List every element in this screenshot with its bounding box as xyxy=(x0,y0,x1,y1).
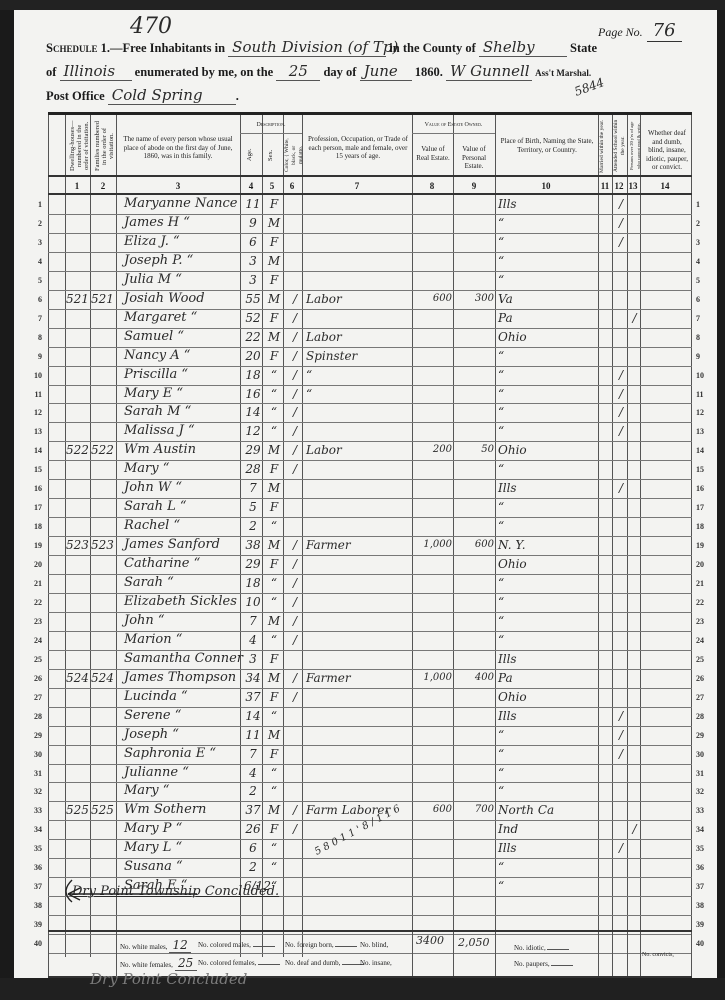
cell-name: Wm Austin xyxy=(124,443,240,457)
cell-birth: Pa xyxy=(498,671,596,685)
col14-header: Whether deaf and dumb, blind, insane, id… xyxy=(644,129,690,172)
line-number: 3 xyxy=(28,238,42,247)
col8-header: Value of Real Estate. xyxy=(414,145,452,162)
col-line xyxy=(453,932,454,976)
cell-name: John W “ xyxy=(124,481,240,495)
cell-birth: “ xyxy=(498,860,596,874)
cell-age: 18 xyxy=(244,368,262,382)
cell-sex: F xyxy=(265,557,283,571)
estate-header: Value of Estate Owned. xyxy=(412,121,495,130)
cell-age: 6 xyxy=(244,235,262,249)
cell-birth: “ xyxy=(498,633,596,647)
col13-header: Persons over 20 y'rs of age who cannot r… xyxy=(628,119,640,173)
col-line xyxy=(640,932,641,976)
paupers-total: No. paupers, xyxy=(514,960,573,968)
colored-males-total: No. colored males, xyxy=(198,941,275,949)
cell-school: / xyxy=(615,216,627,230)
colored-females-total: No. colored females, xyxy=(198,959,280,967)
cell-color: / xyxy=(288,614,302,628)
cell-name: Eliza J. “ xyxy=(124,235,240,249)
cell-birth: “ xyxy=(498,576,596,590)
line-number-right: 11 xyxy=(696,390,716,399)
cell-name: Wm Sothern xyxy=(124,803,240,817)
cell-sex: F xyxy=(265,349,283,363)
line-number-right: 28 xyxy=(696,712,716,721)
cell-birth: “ xyxy=(498,595,596,609)
cell-name: Elizabeth Sickles xyxy=(124,595,240,609)
cell-sex: M xyxy=(265,614,283,628)
cell-birth: “ xyxy=(498,784,596,798)
cell-age: 6 xyxy=(244,841,262,855)
cell-real: 200 xyxy=(418,443,452,457)
cell-personal: 50 xyxy=(458,443,494,457)
cell-color: / xyxy=(288,557,302,571)
cell-real: 600 xyxy=(418,292,452,306)
line-number: 6 xyxy=(28,295,42,304)
cell-age: 4 xyxy=(244,766,262,780)
col1-header: Dwelling-houses—numbered in the order of… xyxy=(69,119,89,173)
cell-birth: Ills xyxy=(498,481,596,495)
line-number-right: 25 xyxy=(696,655,716,664)
column-number: 8 xyxy=(422,181,442,191)
cell-personal: 400 xyxy=(458,671,494,685)
line-number: 7 xyxy=(28,314,42,323)
cell-birth: Ohio xyxy=(498,330,596,344)
col-line xyxy=(691,932,692,976)
cell-age: 14 xyxy=(244,405,262,419)
estate-divider xyxy=(412,133,495,134)
cell-color: / xyxy=(288,671,302,685)
cell-sex: F xyxy=(265,822,283,836)
column-number: 4 xyxy=(241,181,261,191)
line-number-right: 5 xyxy=(696,276,716,285)
cell-name: Mary E “ xyxy=(124,387,240,401)
cell-age: 37 xyxy=(244,690,262,704)
cell-sex: M xyxy=(265,481,283,495)
cell-occupation: Spinster xyxy=(306,349,410,363)
line-number: 15 xyxy=(28,465,42,474)
line-number: 1 xyxy=(28,200,42,209)
description-divider xyxy=(240,133,302,134)
col7-header: Profession, Occupation, or Trade of each… xyxy=(306,135,410,161)
day-field: 25 xyxy=(276,62,320,81)
cell-name: Sarah M “ xyxy=(124,405,240,419)
census-table: Dwelling-houses—numbered in the order of… xyxy=(48,112,692,957)
cell-occupation: Farmer xyxy=(306,671,410,685)
column-number: 10 xyxy=(536,181,556,191)
line-number: 37 xyxy=(28,882,42,891)
cell-birth: “ xyxy=(498,747,596,761)
cell-sex: “ xyxy=(265,766,283,780)
line-number: 28 xyxy=(28,712,42,721)
schedule-line: Schedule 1.—Free Inhabitants in South Di… xyxy=(46,38,597,57)
cell-color: / xyxy=(288,538,302,552)
cell-name: Catharine “ xyxy=(124,557,240,571)
cell-name: Sarah “ xyxy=(124,576,240,590)
line-number: 32 xyxy=(28,787,42,796)
county-field: Shelby xyxy=(479,38,567,57)
cell-name: Rachel “ xyxy=(124,519,240,533)
cell-color: / xyxy=(288,690,302,704)
cell-dwelling: 521 xyxy=(66,292,90,306)
cell-age: 2 xyxy=(244,784,262,798)
cell-school: / xyxy=(615,235,627,249)
cell-birth: “ xyxy=(498,614,596,628)
scan-border-bottom: Dry Point Concluded xyxy=(0,978,725,1000)
cell-name: James Sanford xyxy=(124,538,240,552)
line-number: 36 xyxy=(28,863,42,872)
cell-family: 521 xyxy=(91,292,116,306)
row-line xyxy=(48,915,692,916)
cell-birth: “ xyxy=(498,405,596,419)
cell-family: 524 xyxy=(91,671,116,685)
line-number-right: 2 xyxy=(696,219,716,228)
col-line xyxy=(495,932,496,976)
cell-school: / xyxy=(615,387,627,401)
column-number: 3 xyxy=(168,181,188,191)
cell-dwelling: 524 xyxy=(66,671,90,685)
cell-sex: “ xyxy=(265,595,283,609)
cell-age: 37 xyxy=(244,803,262,817)
line-number-right: 36 xyxy=(696,863,716,872)
cell-school: / xyxy=(615,368,627,382)
line-number-right: 17 xyxy=(696,503,716,512)
cell-illit: / xyxy=(629,822,640,836)
sheet-number: 470 xyxy=(130,14,172,39)
cell-sex: F xyxy=(265,462,283,476)
line-number: 2 xyxy=(28,219,42,228)
cell-family: 523 xyxy=(91,538,116,552)
cell-color: / xyxy=(288,424,302,438)
column-number: 14 xyxy=(655,181,675,191)
cell-color: / xyxy=(288,443,302,457)
cell-personal: 600 xyxy=(458,538,494,552)
cell-color: / xyxy=(288,292,302,306)
line-number-right: 6 xyxy=(696,295,716,304)
cell-family: 525 xyxy=(91,803,116,817)
cell-age: 34 xyxy=(244,671,262,685)
line-number: 39 xyxy=(28,920,42,929)
col-line xyxy=(627,932,628,976)
cell-name: Margaret “ xyxy=(124,311,240,325)
cell-name: Mary P “ xyxy=(124,822,240,836)
cell-age: 16 xyxy=(244,387,262,401)
cell-birth: “ xyxy=(498,273,596,287)
cell-age: 26 xyxy=(244,822,262,836)
cell-sex: M xyxy=(265,254,283,268)
description-header: Description. xyxy=(240,121,302,130)
cell-age: 4 xyxy=(244,633,262,647)
cell-age: 52 xyxy=(244,311,262,325)
enumeration-line: of Illinois enumerated by me, on the 25 … xyxy=(46,62,591,81)
line-number: 21 xyxy=(28,579,42,588)
line-number-right: 9 xyxy=(696,352,716,361)
cell-birth: “ xyxy=(498,462,596,476)
cell-name: Julia M “ xyxy=(124,273,240,287)
line-number-right: 24 xyxy=(696,636,716,645)
col9-header: Value of Personal Estate. xyxy=(455,145,493,171)
cell-sex: F xyxy=(265,690,283,704)
cell-real: 600 xyxy=(418,803,452,817)
line-number-right: 7 xyxy=(696,314,716,323)
cell-color: / xyxy=(288,576,302,590)
cell-dwelling: 523 xyxy=(66,538,90,552)
cell-real: 1,000 xyxy=(418,538,452,552)
line-number-right: 3 xyxy=(696,238,716,247)
line-number: 24 xyxy=(28,636,42,645)
cell-name: Sarah L “ xyxy=(124,500,240,514)
line-number-right: 33 xyxy=(696,806,716,815)
col-line xyxy=(412,932,413,976)
line-number-right: 15 xyxy=(696,465,716,474)
real-estate-total: 3400 xyxy=(416,934,444,947)
cell-age: 29 xyxy=(244,557,262,571)
cell-sex: “ xyxy=(265,424,283,438)
line-number-right: 19 xyxy=(696,541,716,550)
cell-name: Mary “ xyxy=(124,784,240,798)
line-number: 16 xyxy=(28,484,42,493)
foreign-born-total: No. foreign born, xyxy=(285,941,357,949)
line-number: 17 xyxy=(28,503,42,512)
line-number-right: 1 xyxy=(696,200,716,209)
cell-birth: “ xyxy=(498,235,596,249)
cell-school: / xyxy=(615,747,627,761)
cell-name: Susana “ xyxy=(124,860,240,874)
cell-birth: Ohio xyxy=(498,443,596,457)
cell-sex: “ xyxy=(265,709,283,723)
col-line xyxy=(598,932,599,976)
line-number: 20 xyxy=(28,560,42,569)
cell-name: Malissa J “ xyxy=(124,424,240,438)
cell-name: Julianne “ xyxy=(124,766,240,780)
column-number: 5 xyxy=(262,181,282,191)
line-number-right: 23 xyxy=(696,617,716,626)
column-number: 1 xyxy=(67,181,87,191)
cell-age: 29 xyxy=(244,443,262,457)
cell-color: / xyxy=(288,405,302,419)
cell-school: / xyxy=(615,405,627,419)
cell-name: John “ xyxy=(124,614,240,628)
line-number-right: 31 xyxy=(696,769,716,778)
cell-school: / xyxy=(615,709,627,723)
line-number: 23 xyxy=(28,617,42,626)
line-number-right: 39 xyxy=(696,920,716,929)
cell-sex: “ xyxy=(265,519,283,533)
line-number-right: 35 xyxy=(696,844,716,853)
cell-age: 11 xyxy=(244,197,262,211)
line-number: 11 xyxy=(28,390,42,399)
cell-sex: F xyxy=(265,652,283,666)
cell-birth: North Ca xyxy=(498,803,596,817)
cell-age: 38 xyxy=(244,538,262,552)
column-number: 6 xyxy=(282,181,302,191)
colnum-divider xyxy=(48,193,692,195)
cell-color: / xyxy=(288,462,302,476)
cell-school: / xyxy=(615,841,627,855)
cell-school: / xyxy=(615,424,627,438)
cell-name: Maryanne Nance xyxy=(124,197,240,211)
cell-color: / xyxy=(288,633,302,647)
column-number: 7 xyxy=(347,181,367,191)
division-field: South Division (of Tp) xyxy=(228,38,386,57)
cell-sex: “ xyxy=(265,841,283,855)
cell-color: / xyxy=(288,822,302,836)
post-office-field: Cold Spring xyxy=(108,86,236,105)
cell-birth: “ xyxy=(498,368,596,382)
blind-total: No. blind, xyxy=(360,941,388,949)
cell-occupation: Labor xyxy=(306,443,410,457)
cell-sex: M xyxy=(265,538,283,552)
cell-sex: “ xyxy=(265,784,283,798)
cell-sex: “ xyxy=(265,860,283,874)
cell-sex: F xyxy=(265,197,283,211)
cell-name: Joseph P. “ xyxy=(124,254,240,268)
cell-name: Marion “ xyxy=(124,633,240,647)
deaf-dumb-total: No. deaf and dumb, xyxy=(285,959,364,967)
cell-age: 12 xyxy=(244,424,262,438)
cell-illit: / xyxy=(629,311,640,325)
line-number: 8 xyxy=(28,333,42,342)
col2-header: Families numbered in the order of visita… xyxy=(94,119,114,173)
cell-birth: Ills xyxy=(498,841,596,855)
cell-occupation: Farmer xyxy=(306,538,410,552)
header-divider xyxy=(48,175,692,177)
line-number-right: 30 xyxy=(696,750,716,759)
cell-age: 7 xyxy=(244,614,262,628)
cell-birth: “ xyxy=(498,349,596,363)
line-number-right: 29 xyxy=(696,731,716,740)
scan-border-top xyxy=(0,0,725,10)
cell-color: / xyxy=(288,330,302,344)
col5-header: Sex. xyxy=(267,137,279,173)
column-number: 13 xyxy=(623,181,643,191)
cell-name: Saphronia E “ xyxy=(124,747,240,761)
line-number: 4 xyxy=(28,257,42,266)
cell-age: 2 xyxy=(244,519,262,533)
cell-color: / xyxy=(288,311,302,325)
line-number-right: 4 xyxy=(696,257,716,266)
cell-birth: Ills xyxy=(498,709,596,723)
cell-school: / xyxy=(615,728,627,742)
cell-age: 7 xyxy=(244,481,262,495)
cell-sex: “ xyxy=(265,368,283,382)
cell-birth: “ xyxy=(498,728,596,742)
page-number: Page No.76 xyxy=(598,20,682,41)
col12-header: Attended School within the year. xyxy=(613,119,626,173)
cell-name: Samuel “ xyxy=(124,330,240,344)
cell-occupation: Labor xyxy=(306,292,410,306)
column-number: 9 xyxy=(464,181,484,191)
cell-birth: Ills xyxy=(498,197,596,211)
line-number-right: 26 xyxy=(696,674,716,683)
line-number-right: 32 xyxy=(696,787,716,796)
line-number-right: 14 xyxy=(696,446,716,455)
convicts-total: No. convicts, xyxy=(642,952,674,958)
cell-dwelling: 522 xyxy=(66,443,90,457)
col6-header: Color, { White, black, or mulatto. xyxy=(284,137,302,173)
cell-name: Mary L “ xyxy=(124,841,240,855)
line-number: 27 xyxy=(28,693,42,702)
line-number: 14 xyxy=(28,446,42,455)
cell-birth: “ xyxy=(498,387,596,401)
cell-name: Mary “ xyxy=(124,462,240,476)
cell-age: 9 xyxy=(244,216,262,230)
line-number: 33 xyxy=(28,806,42,815)
cell-sex: “ xyxy=(265,633,283,647)
cell-color: / xyxy=(288,595,302,609)
cell-age: 7 xyxy=(244,747,262,761)
line-number-right: 22 xyxy=(696,598,716,607)
cell-age: 3 xyxy=(244,652,262,666)
col3-header: The name of every person whose usual pla… xyxy=(120,135,236,161)
arrow-left-icon xyxy=(62,878,202,904)
marshal-signature: W Gunnell xyxy=(446,62,532,81)
cell-real: 1,000 xyxy=(418,671,452,685)
col11-header: Married within the year. xyxy=(599,119,611,173)
cell-age: 28 xyxy=(244,462,262,476)
line-number-right: 34 xyxy=(696,825,716,834)
line-number-right: 38 xyxy=(696,901,716,910)
cell-age: 22 xyxy=(244,330,262,344)
line-number-right: 21 xyxy=(696,579,716,588)
line-number: 34 xyxy=(28,825,42,834)
col4-header: Age. xyxy=(246,137,258,173)
cell-occupation: Labor xyxy=(306,330,410,344)
cell-school: / xyxy=(615,197,627,211)
line-number-right: 13 xyxy=(696,427,716,436)
cell-color: / xyxy=(288,803,302,817)
line-number: 13 xyxy=(28,427,42,436)
post-office-line: Post Office Cold Spring. xyxy=(46,86,239,105)
cell-name: Nancy A “ xyxy=(124,349,240,363)
cell-sex: “ xyxy=(265,576,283,590)
cell-sex: F xyxy=(265,273,283,287)
column-number: 2 xyxy=(93,181,113,191)
line-number-right: 40 xyxy=(696,939,716,948)
cell-color: / xyxy=(288,368,302,382)
cell-birth: Va xyxy=(498,292,596,306)
line-number: 19 xyxy=(28,541,42,550)
cell-age: 2 xyxy=(244,860,262,874)
cell-sex: M xyxy=(265,803,283,817)
cell-age: 3 xyxy=(244,273,262,287)
line-number: 31 xyxy=(28,769,42,778)
cell-name: Josiah Wood xyxy=(124,292,240,306)
cell-sex: F xyxy=(265,235,283,249)
cell-sex: “ xyxy=(265,405,283,419)
line-number: 40 xyxy=(28,939,42,948)
cell-name: James Thompson xyxy=(124,671,240,685)
line-number: 30 xyxy=(28,750,42,759)
insane-total: No. insane, xyxy=(360,959,392,967)
cell-name: Priscilla “ xyxy=(124,368,240,382)
line-number-right: 10 xyxy=(696,371,716,380)
line-number: 35 xyxy=(28,844,42,853)
cell-name: Lucinda “ xyxy=(124,690,240,704)
cell-sex: M xyxy=(265,728,283,742)
white-females-total: No. white females, 25 xyxy=(120,956,197,971)
cell-birth: “ xyxy=(498,519,596,533)
cell-personal: 300 xyxy=(458,292,494,306)
cell-birth: “ xyxy=(498,879,596,893)
line-number: 10 xyxy=(28,371,42,380)
cell-birth: Ind xyxy=(498,822,596,836)
cell-sex: F xyxy=(265,500,283,514)
cell-age: 5 xyxy=(244,500,262,514)
cell-age: 18 xyxy=(244,576,262,590)
cell-birth: Ills xyxy=(498,652,596,666)
cell-name: James H “ xyxy=(124,216,240,230)
